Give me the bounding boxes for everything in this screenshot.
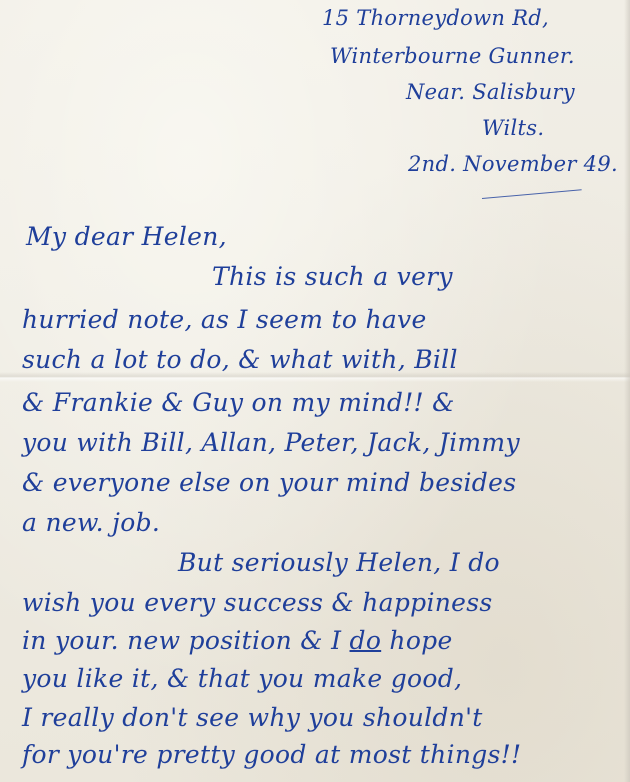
address-street: 15 Thorneydown Rd, [322,6,549,30]
body-line: & Frankie & Guy on my mind!! & [22,388,455,417]
address-town: Near. Salisbury [406,80,575,104]
paper-edge [624,0,630,782]
body-line: such a lot to do, & what with, Bill [22,345,458,374]
body-line: for you're pretty good at most things!! [22,740,521,769]
body-line: in your. new position & I do hope [22,626,453,655]
body-text: in your. new position & I [22,626,350,655]
date-underline [482,189,582,199]
body-line: you with Bill, Allan, Peter, Jack, Jimmy [22,428,520,457]
body-line: & everyone else on your mind besides [22,468,516,497]
body-text: hope [381,626,452,655]
letter-date: 2nd. November 49. [408,152,618,176]
address-county: Wilts. [482,116,544,140]
salutation: My dear Helen, [26,222,227,251]
body-line: hurried note, as I seem to have [22,305,427,334]
address-village: Winterbourne Gunner. [330,44,575,68]
body-line: a new. job. [22,508,160,537]
body-line: you like it, & that you make good, [22,664,462,693]
body-line: This is such a very [212,262,453,291]
body-line: wish you every success & happiness [22,588,493,617]
letter-page: 15 Thorneydown Rd, Winterbourne Gunner. … [0,0,630,782]
body-line: I really don't see why you shouldn't [22,703,483,732]
emphasized-word: do [350,626,382,655]
body-line: But seriously Helen, I do [178,548,500,577]
